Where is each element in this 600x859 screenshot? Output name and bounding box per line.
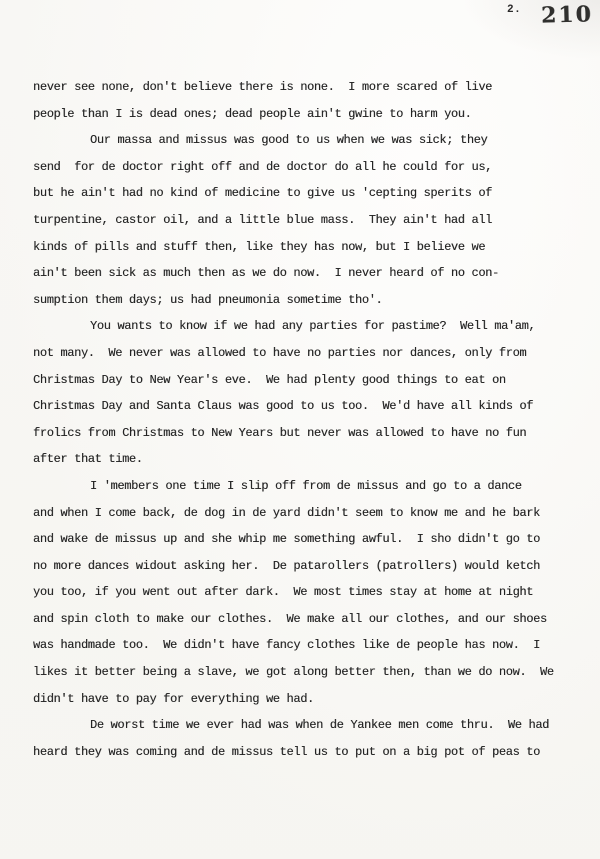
document-body: never see none, don't believe there is n…: [33, 74, 578, 765]
text-line: and wake de missus up and she whip me so…: [33, 526, 578, 553]
typed-page-number: 2.: [507, 4, 521, 16]
text-line: Christmas Day and Santa Claus was good t…: [33, 393, 578, 420]
paragraph: Our massa and missus was good to us when…: [33, 127, 578, 313]
text-line: likes it better being a slave, we got al…: [33, 659, 578, 686]
stamped-page-number: 210: [541, 1, 594, 28]
text-line: Our massa and missus was good to us when…: [33, 127, 578, 154]
text-line: Christmas Day to New Year's eve. We had …: [33, 367, 578, 394]
text-line: not many. We never was allowed to have n…: [33, 340, 578, 367]
text-line: ain't been sick as much then as we do no…: [33, 260, 578, 287]
text-line: after that time.: [33, 446, 578, 473]
text-line: You wants to know if we had any parties …: [33, 313, 578, 340]
paragraph: De worst time we ever had was when de Ya…: [33, 712, 578, 765]
text-line: people than I is dead ones; dead people …: [33, 101, 578, 128]
text-line: heard they was coming and de missus tell…: [33, 739, 578, 766]
text-line: never see none, don't believe there is n…: [33, 74, 578, 101]
text-line: and spin cloth to make our clothes. We m…: [33, 606, 578, 633]
paragraph: You wants to know if we had any parties …: [33, 313, 578, 473]
document-page: 2. 210 never see none, don't believe the…: [0, 0, 600, 859]
text-line: turpentine, castor oil, and a little blu…: [33, 207, 578, 234]
text-line: and when I come back, de dog in de yard …: [33, 500, 578, 527]
text-line: De worst time we ever had was when de Ya…: [33, 712, 578, 739]
text-line: I 'members one time I slip off from de m…: [33, 473, 578, 500]
text-line: was handmade too. We didn't have fancy c…: [33, 632, 578, 659]
text-line: you too, if you went out after dark. We …: [33, 579, 578, 606]
paragraph: never see none, don't believe there is n…: [33, 74, 578, 127]
text-line: but he ain't had no kind of medicine to …: [33, 180, 578, 207]
text-line: didn't have to pay for everything we had…: [33, 686, 578, 713]
text-line: send for de doctor right off and de doct…: [33, 154, 578, 181]
paragraph: I 'members one time I slip off from de m…: [33, 473, 578, 712]
text-line: sumption them days; us had pneumonia som…: [33, 287, 578, 314]
text-line: no more dances widout asking her. De pat…: [33, 553, 578, 580]
text-line: frolics from Christmas to New Years but …: [33, 420, 578, 447]
text-line: kinds of pills and stuff then, like they…: [33, 234, 578, 261]
